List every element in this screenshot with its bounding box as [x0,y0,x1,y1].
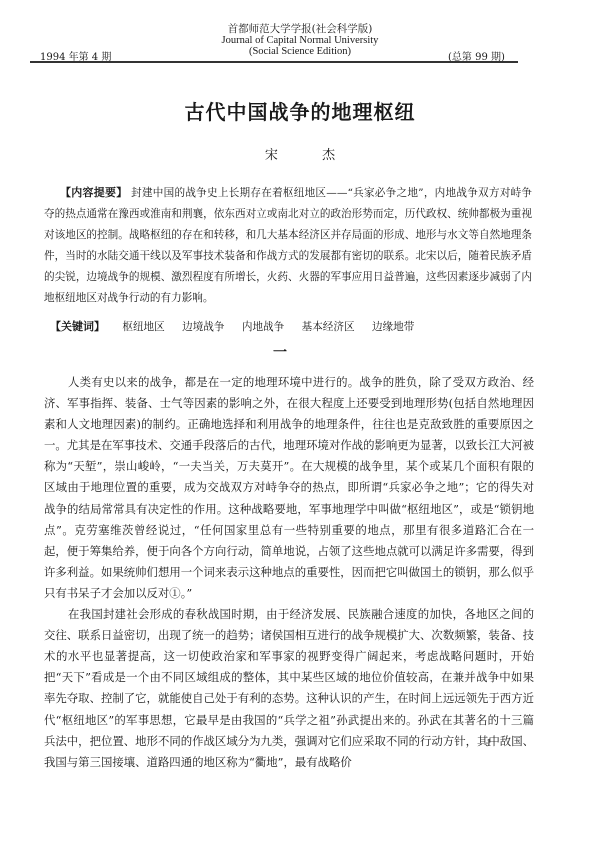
article-body: 人类有史以来的战争，都是在一定的地理环境中进行的。战争的胜负，除了受双方政治、经… [44,372,534,773]
section-heading: 一 [0,342,560,362]
article-title: 古代中国战争的地理枢纽 [0,96,600,125]
page-number: 1 [486,737,492,749]
author-family-name: 宋 [265,148,278,163]
keyword: 基本经济区 [302,321,355,333]
abstract-label: 【内容提要】 [60,186,128,199]
author-name: 宋 杰 [0,144,600,163]
header-divider [30,61,518,63]
journal-masthead: 首都师范大学学报(社会科学版) Journal of Capital Norma… [150,24,450,57]
journal-name-en: Journal of Capital Normal University [150,35,450,46]
keyword: 枢纽地区 [122,321,164,333]
keywords-label: 【关键词】 [50,320,105,333]
keyword: 边境战争 [182,321,224,333]
keyword: 边缘地带 [372,321,414,333]
abstract: 【内容提要】 封建中国的战争史上长期存在着枢纽地区——“兵家必争之地”，内地战争… [44,182,532,309]
keyword: 内地战争 [242,321,284,333]
author-given-name: 杰 [322,148,335,163]
body-paragraph: 人类有史以来的战争，都是在一定的地理环境中进行的。战争的胜负，除了受双方政治、经… [44,372,534,604]
body-paragraph: 在我国封建社会形成的春秋战国时期，由于经济发展、民族融合速度的加快，各地区之间的… [44,604,534,773]
abstract-text: 封建中国的战争史上长期存在着枢纽地区——“兵家必争之地”，内地战争双方对峙争夺的… [44,187,532,304]
keywords: 【关键词】 枢纽地区 边境战争 内地战争 基本经济区 边缘地带 [50,318,414,334]
journal-name-cn: 首都师范大学学报(社会科学版) [150,24,450,35]
journal-edition: (Social Science Edition) [150,46,450,57]
